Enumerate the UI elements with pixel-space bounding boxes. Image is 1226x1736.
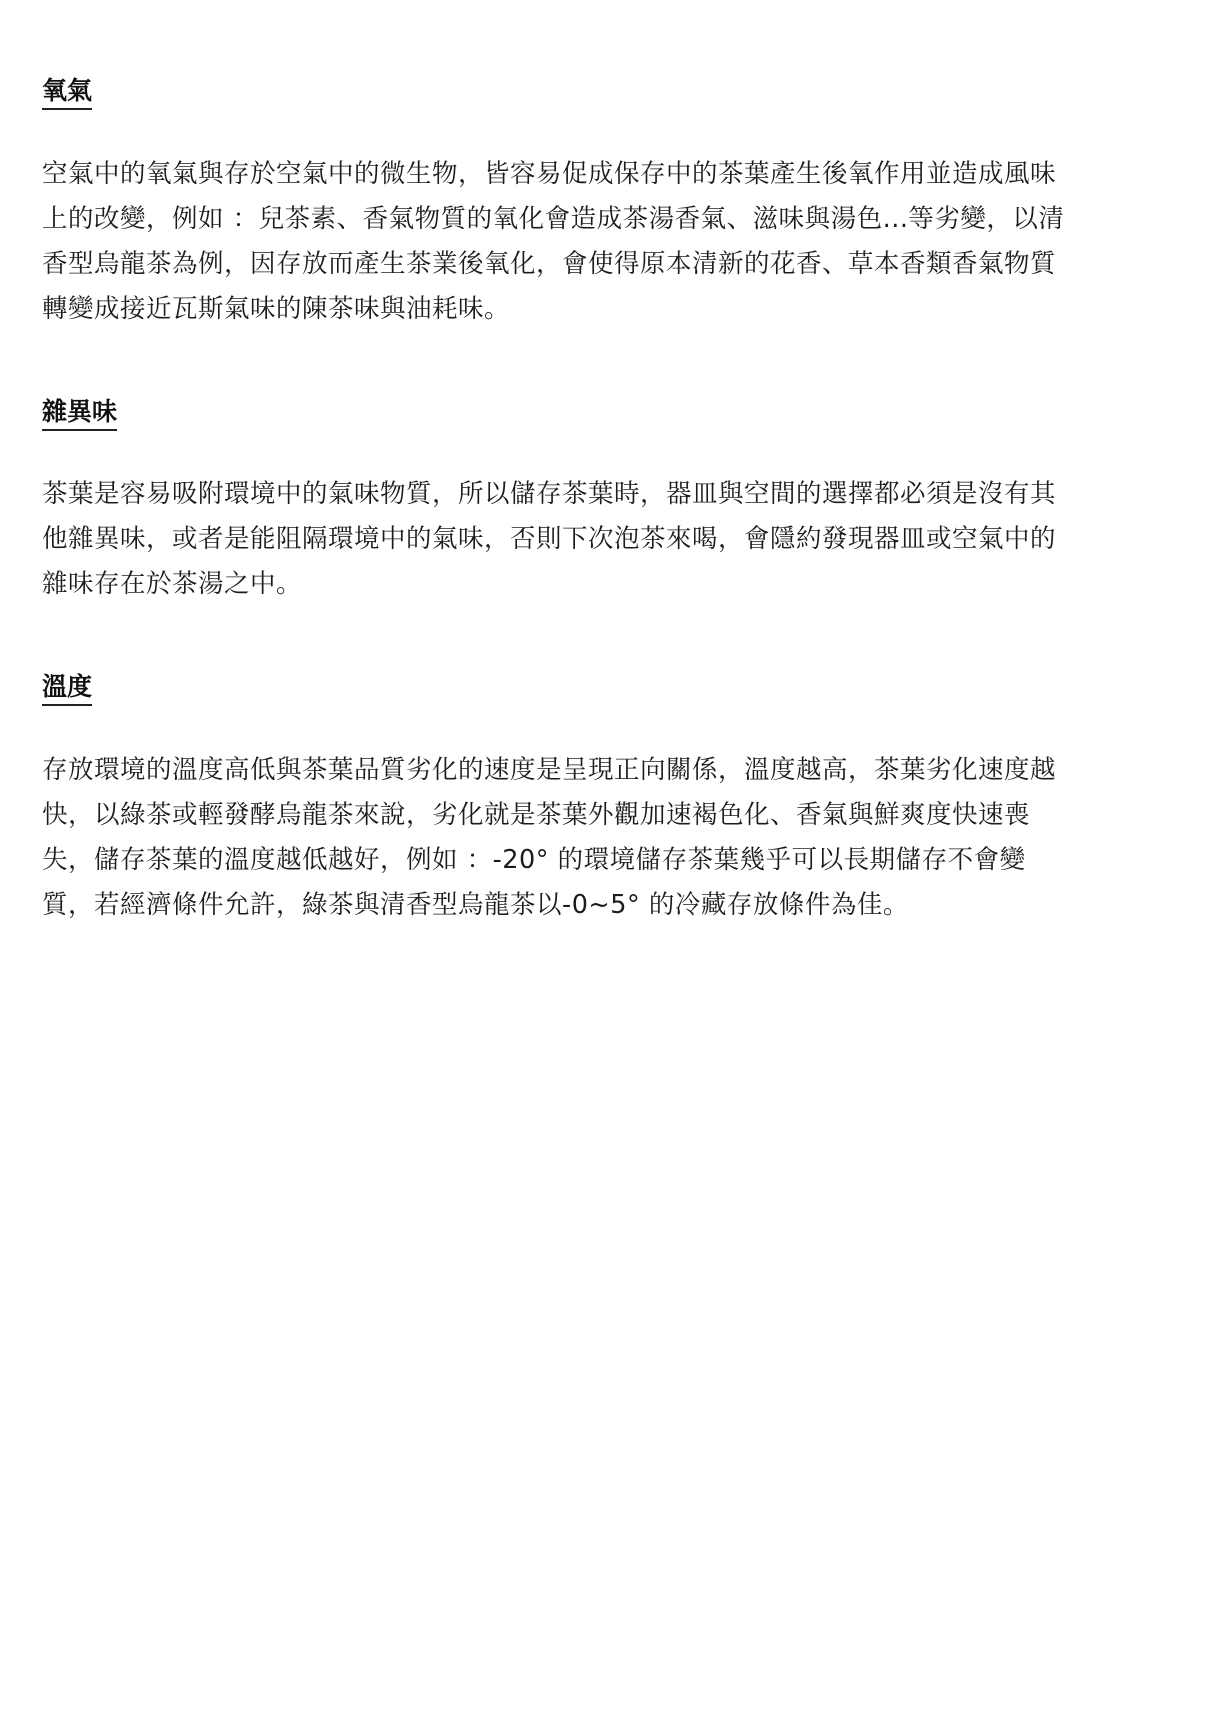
paragraph-temperature: 存放環境的溫度高低與茶葉品質劣化的速度是呈現正向關係，溫度越高，茶葉劣化速度越 … [42,748,1192,928]
paragraph-line: 香型烏龍茶為例，因存放而產生茶業後氧化，會使得原本清新的花香、草本香類香氣物質 [42,242,1192,287]
paragraph-line: 存放環境的溫度高低與茶葉品質劣化的速度是呈現正向關係，溫度越高，茶葉劣化速度越 [42,748,1192,793]
paragraph-line: 質，若經濟條件允許，綠茶與清香型烏龍茶以-0~5° 的冷藏存放條件為佳。 [42,883,1192,928]
paragraph-line: 轉變成接近瓦斯氣味的陳茶味與油耗味。 [42,287,1192,332]
paragraph-line: 茶葉是容易吸附環境中的氣味物質，所以儲存茶葉時，器皿與空間的選擇都必須是沒有其 [42,472,1192,517]
paragraph-line: 失，儲存茶葉的溫度越低越好，例如 ：-20° 的環境儲存茶葉幾乎可以長期儲存不會… [42,838,1192,883]
section-heading-off-odors: 雜異味 [42,397,117,431]
paragraph-line: 上的改變，例如 ：兒茶素、香氣物質的氧化會造成茶湯香氣、滋味與湯色...等劣變，… [42,197,1192,242]
paragraph-line: 他雜異味，或者是能阻隔環境中的氣味，否則下次泡茶來喝，會隱約發現器皿或空氣中的 [42,517,1192,562]
paragraph-line: 空氣中的氧氣與存於空氣中的微生物，皆容易促成保存中的茶葉產生後氧作用並造成風味 [42,152,1192,197]
paragraph-oxygen: 空氣中的氧氣與存於空氣中的微生物，皆容易促成保存中的茶葉產生後氧作用並造成風味 … [42,152,1192,332]
paragraph-line: 雜味存在於茶湯之中。 [42,562,1192,607]
section-heading-temperature: 溫度 [42,672,92,706]
paragraph-off-odors: 茶葉是容易吸附環境中的氣味物質，所以儲存茶葉時，器皿與空間的選擇都必須是沒有其 … [42,472,1192,607]
section-heading-oxygen: 氧氣 [42,76,92,110]
paragraph-line: 快，以綠茶或輕發酵烏龍茶來說，劣化就是茶葉外觀加速褐色化、香氣與鮮爽度快速喪 [42,793,1192,838]
